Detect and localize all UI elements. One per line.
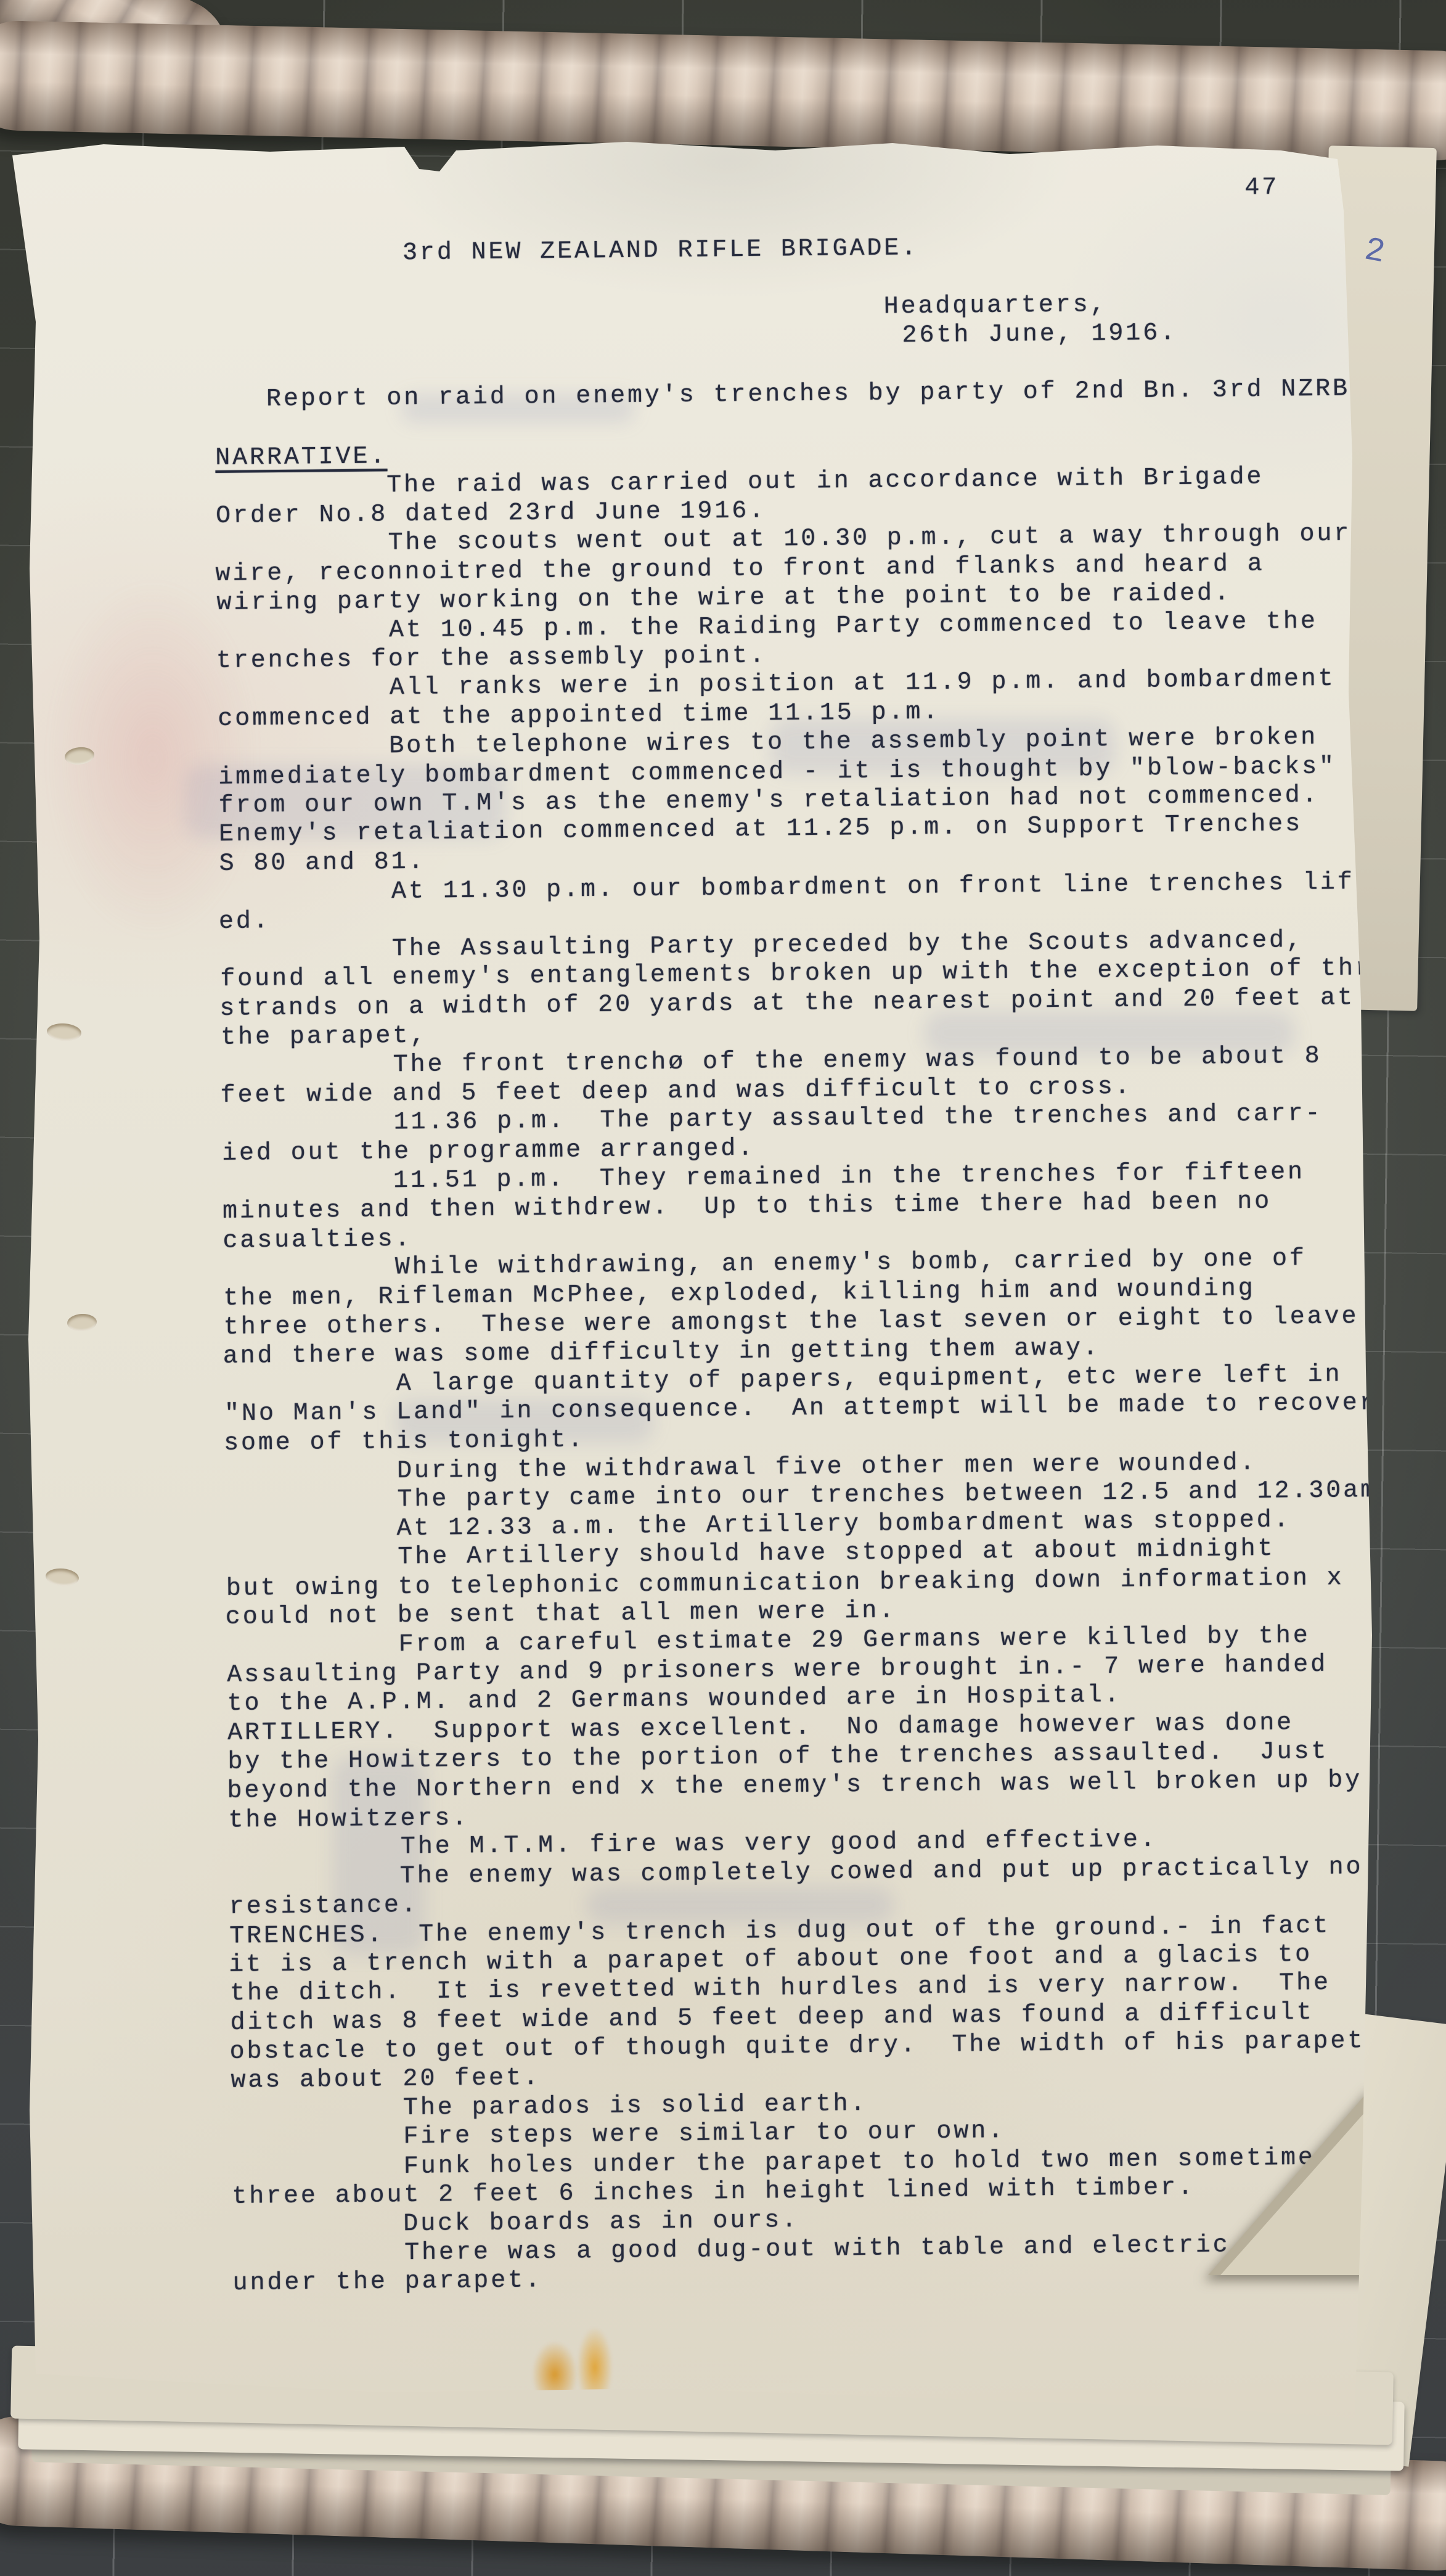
punch-hole xyxy=(46,1022,82,1042)
typed-lines: 47 3rd NEW ZEALAND RIFLE BRIGADE. Headqu… xyxy=(213,172,1419,2299)
photo-scene: 2 47 3rd NEW ZEALAND RIFLE BRIGADE xyxy=(0,0,1446,2576)
punch-hole xyxy=(45,1567,80,1588)
punch-hole xyxy=(67,1313,97,1332)
underlying-page-number: 2 xyxy=(1362,232,1388,273)
document-page: 47 3rd NEW ZEALAND RIFLE BRIGADE. Headqu… xyxy=(11,137,1389,2452)
